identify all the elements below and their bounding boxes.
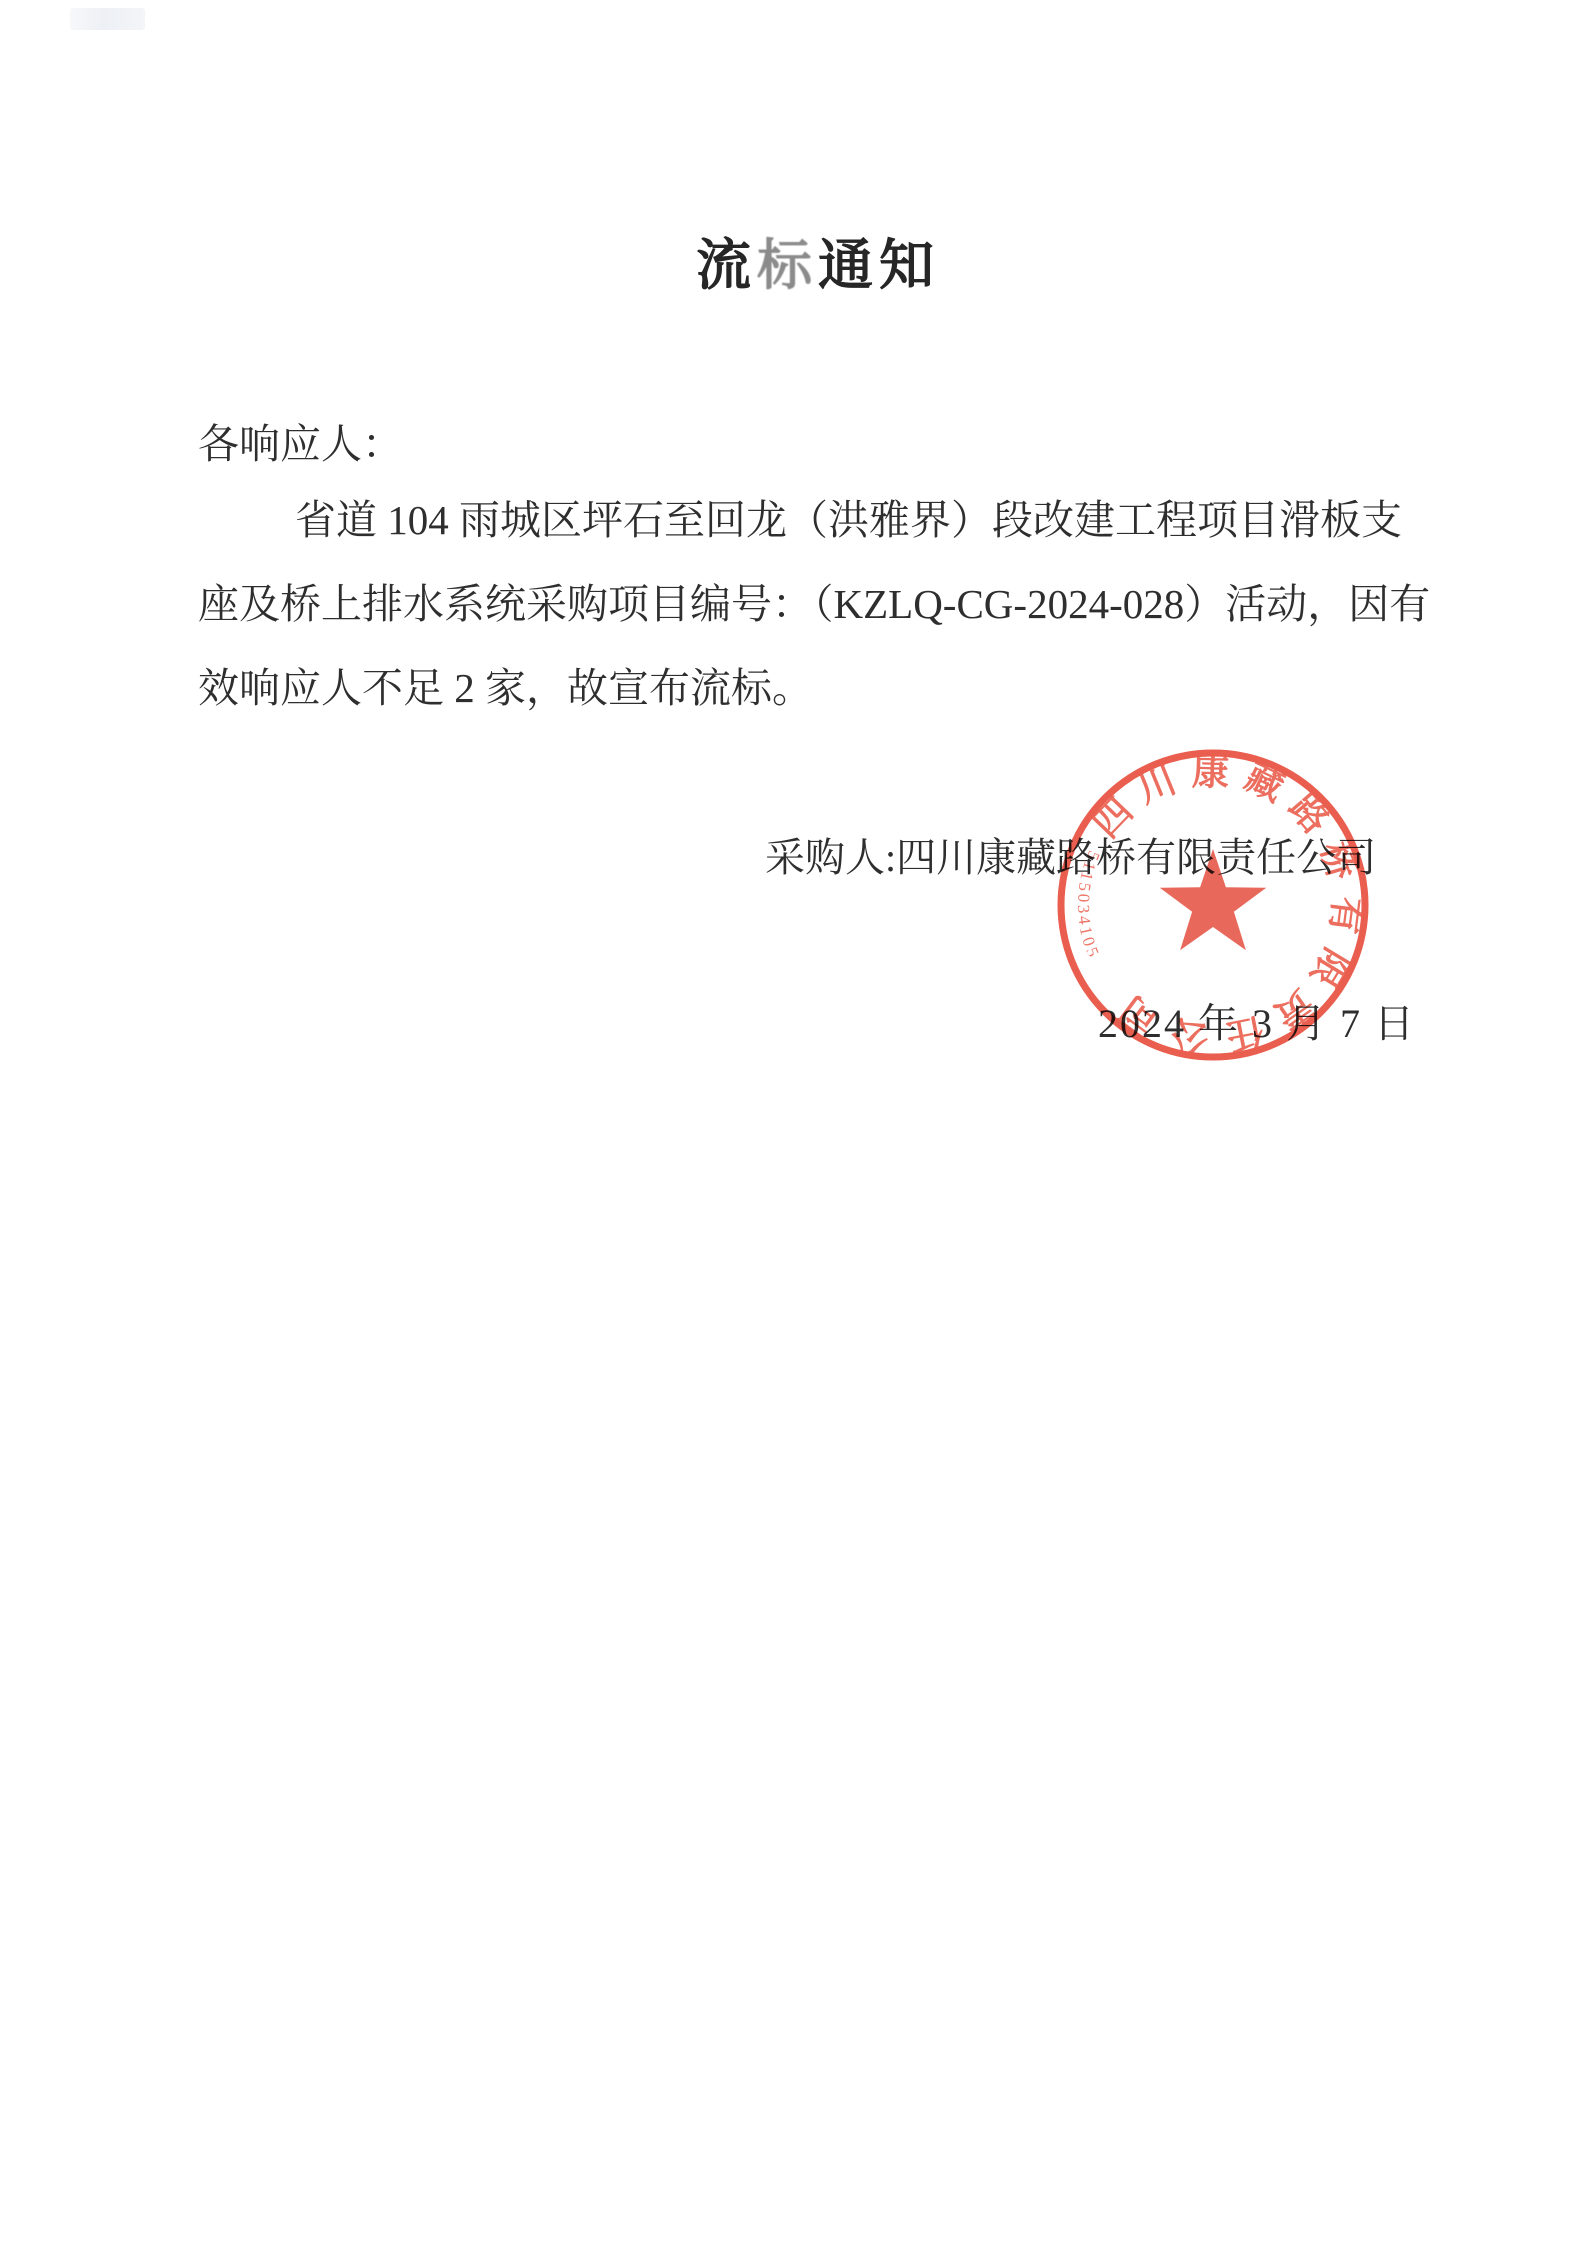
company-seal-stamp: 四川康藏路桥有限责任公司 5115034105 xyxy=(1043,735,1383,1075)
title-part-2: 通知 xyxy=(818,235,940,296)
body-line-1: 省道 104 雨城区坪石至回龙（洪雅界）段改建工程项目滑板支 xyxy=(295,496,1402,545)
body-line-2: 座及桥上排水系统采购项目编号：（KZLQ-CG-2024-028）活动，因有 xyxy=(198,580,1430,629)
document-page: 流标通知 各响应人： 省道 104 雨城区坪石至回龙（洪雅界）段改建工程项目滑板… xyxy=(0,0,1587,2244)
seal-star-icon xyxy=(1160,849,1267,950)
page-title: 流标通知 xyxy=(198,234,1438,297)
salutation: 各响应人： xyxy=(198,420,403,469)
title-part-faded: 标 xyxy=(757,235,818,296)
scan-artifact-smudge xyxy=(70,8,145,30)
title-part-1: 流 xyxy=(696,235,757,296)
body-line-3: 效响应人不足 2 家，故宣布流标。 xyxy=(198,664,813,713)
